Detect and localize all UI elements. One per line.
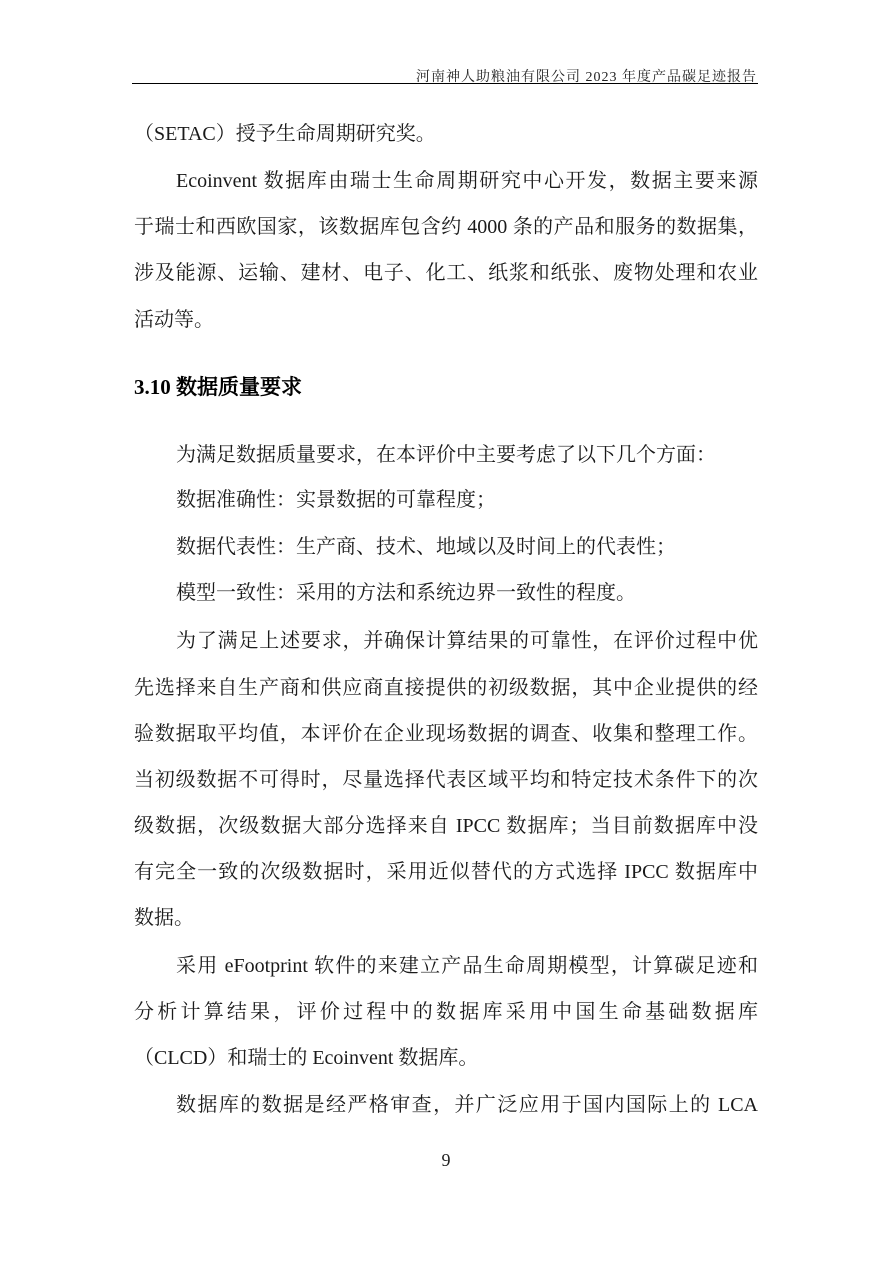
paragraph-line: 活动等。 xyxy=(134,308,758,332)
header-divider xyxy=(132,83,758,84)
paragraph-line: 为了满足上述要求，并确保计算结果的可靠性，在评价过程中优 xyxy=(176,629,758,653)
paragraph-line: 分析计算结果，评价过程中的数据库采用中国生命基础数据库 xyxy=(134,1000,758,1024)
paragraph-line: 为满足数据质量要求，在本评价中主要考虑了以下几个方面： xyxy=(176,443,758,467)
paragraph-line: 数据。 xyxy=(134,906,758,930)
paragraph-line: 级数据，次级数据大部分选择来自 IPCC 数据库；当目前数据库中没 xyxy=(134,814,758,838)
paragraph-line: 验数据取平均值，本评价在企业现场数据的调查、收集和整理工作。 xyxy=(134,722,758,746)
paragraph-line: 模型一致性：采用的方法和系统边界一致性的程度。 xyxy=(176,581,758,605)
paragraph-line: （SETAC）授予生命周期研究奖。 xyxy=(134,122,758,146)
paragraph-line: 采用 eFootprint 软件的来建立产品生命周期模型，计算碳足迹和 xyxy=(176,954,758,978)
paragraph-line: 于瑞士和西欧国家，该数据库包含约 4000 条的产品和服务的数据集， xyxy=(134,215,758,239)
paragraph-line: 涉及能源、运输、建材、电子、化工、纸浆和纸张、废物处理和农业 xyxy=(134,261,758,285)
paragraph-line: 数据准确性：实景数据的可靠程度； xyxy=(176,488,758,512)
paragraph-line: 先选择来自生产商和供应商直接提供的初级数据，其中企业提供的经 xyxy=(134,676,758,700)
paragraph-line: Ecoinvent 数据库由瑞士生命周期研究中心开发，数据主要来源 xyxy=(176,169,758,193)
paragraph-line: 数据库的数据是经严格审查，并广泛应用于国内国际上的 LCA xyxy=(176,1093,758,1117)
page-number: 9 xyxy=(0,1150,892,1171)
paragraph-line: 当初级数据不可得时，尽量选择代表区域平均和特定技术条件下的次 xyxy=(134,768,758,792)
section-heading: 3.10 数据质量要求 xyxy=(134,374,302,400)
paragraph-line: 有完全一致的次级数据时，采用近似替代的方式选择 IPCC 数据库中 xyxy=(134,860,758,884)
paragraph-line: 数据代表性：生产商、技术、地域以及时间上的代表性； xyxy=(176,535,758,559)
paragraph-line: （CLCD）和瑞士的 Ecoinvent 数据库。 xyxy=(134,1046,758,1070)
